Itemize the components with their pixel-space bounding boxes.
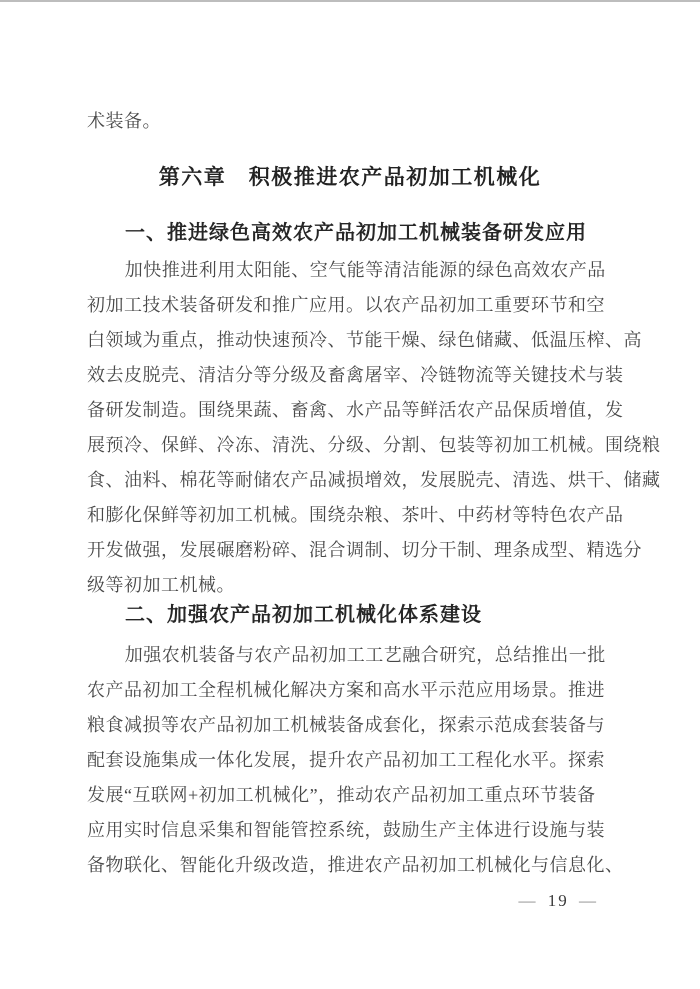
paragraph-1: 加快推进利用太阳能、空气能等清洁能源的绿色高效农产品初加工技术装备研发和推广应用…	[87, 253, 619, 603]
chapter-heading: 第六章 积极推进农产品初加工机械化	[0, 158, 700, 198]
body-line: 配套设施集成一体化发展，提升农产品初加工工程化水平。探索	[87, 743, 619, 778]
body-line: 和膨化保鲜等初加工机械。围绕杂粮、茶叶、中药材等特色农产品	[87, 498, 619, 533]
body-line: 备物联化、智能化升级改造，推进农产品初加工机械化与信息化、	[87, 848, 619, 883]
body-line: 加快推进利用太阳能、空气能等清洁能源的绿色高效农产品	[87, 253, 619, 288]
scan-edge	[0, 0, 700, 2]
page-number-dash-right: —	[575, 891, 602, 910]
body-line: 农产品初加工全程机械化解决方案和高水平示范应用场景。推进	[87, 673, 619, 708]
body-line: 加强农机装备与农产品初加工工艺融合研究，总结推出一批	[87, 638, 619, 673]
body-line: 效去皮脱壳、清洁分等分级及畜禽屠宰、冷链物流等关键技术与装	[87, 358, 619, 393]
body-line: 级等初加工机械。	[87, 568, 619, 603]
body-line: 展预冷、保鲜、冷冻、清洗、分级、分割、包装等初加工机械。围绕粮	[87, 428, 619, 463]
document-page: 术装备。 第六章 积极推进农产品初加工机械化 一、推进绿色高效农产品初加工机械装…	[0, 0, 700, 989]
body-line: 应用实时信息采集和智能管控系统，鼓励生产主体进行设施与装	[87, 813, 619, 848]
body-line: 初加工技术装备研发和推广应用。以农产品初加工重要环节和空	[87, 288, 619, 323]
continuation-text: 术装备。	[87, 104, 617, 139]
body-line: 粮食减损等农产品初加工机械装备成套化，探索示范成套装备与	[87, 708, 619, 743]
paragraph-2: 加强农机装备与农产品初加工工艺融合研究，总结推出一批农产品初加工全程机械化解决方…	[87, 638, 619, 883]
body-line: 开发做强，发展碾磨粉碎、混合调制、切分干制、理条成型、精选分	[87, 533, 619, 568]
body-line: 食、油料、棉花等耐储农产品减损增效，发展脱壳、清选、烘干、储藏	[87, 463, 619, 498]
section-heading-2: 二、加强农产品初加工机械化体系建设	[125, 599, 625, 631]
page-number: — 19 —	[515, 889, 603, 913]
body-line: 白领域为重点，推动快速预冷、节能干燥、绿色储藏、低温压榨、高	[87, 323, 619, 358]
page-number-dash-left: —	[515, 891, 542, 910]
body-line: 备研发制造。围绕果蔬、畜禽、水产品等鲜活农产品保质增值，发	[87, 393, 619, 428]
section-heading-1: 一、推进绿色高效农产品初加工机械装备研发应用	[125, 217, 625, 249]
body-line: 发展“互联网+初加工机械化”，推动农产品初加工重点环节装备	[87, 778, 619, 813]
page-number-value: 19	[548, 891, 569, 910]
